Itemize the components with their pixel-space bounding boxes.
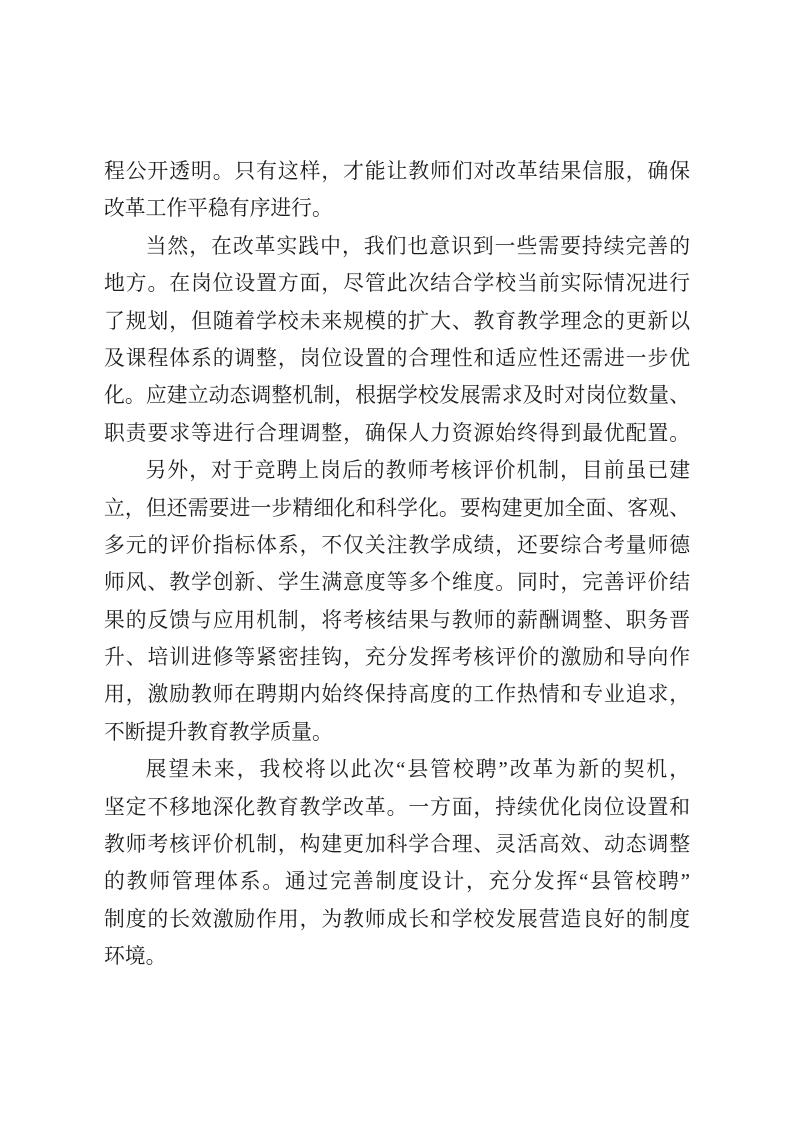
text-line: 环境。	[104, 938, 690, 975]
text-line: 地方。在岗位设置方面，尽管此次结合学校当前实际情况进行	[104, 265, 690, 302]
text-line: 果的反馈与应用机制，将考核结果与教师的薪酬调整、职务晋	[104, 602, 690, 639]
text-line: 化。应建立动态调整机制，根据学校发展需求及时对岗位数量、	[104, 377, 690, 414]
document-page: 程公开透明。只有这样，才能让教师们对改革结果信服，确保改革工作平稳有序进行。当然…	[0, 0, 793, 1122]
text-line: 不断提升教育教学质量。	[104, 714, 690, 751]
paragraph: 当然，在改革实践中，我们也意识到一些需要持续完善的地方。在岗位设置方面，尽管此次…	[104, 228, 690, 452]
text-line: 的教师管理体系。通过完善制度设计，充分发挥“县管校聘”	[104, 863, 690, 900]
text-line: 另外，对于竞聘上岗后的教师考核评价机制，目前虽已建	[104, 452, 690, 489]
text-line: 制度的长效激励作用，为教师成长和学校发展营造良好的制度	[104, 901, 690, 938]
text-line: 立，但还需要进一步精细化和科学化。要构建更加全面、客观、	[104, 490, 690, 527]
text-line: 多元的评价指标体系，不仅关注教学成绩，还要综合考量师德	[104, 527, 690, 564]
text-line: 展望未来，我校将以此次“县管校聘”改革为新的契机，	[104, 751, 690, 788]
text-line: 教师考核评价机制，构建更加科学合理、灵活高效、动态调整	[104, 826, 690, 863]
text-line: 及课程体系的调整，岗位设置的合理性和适应性还需进一步优	[104, 340, 690, 377]
paragraph: 程公开透明。只有这样，才能让教师们对改革结果信服，确保改革工作平稳有序进行。	[104, 153, 690, 228]
document-text-body: 程公开透明。只有这样，才能让教师们对改革结果信服，确保改革工作平稳有序进行。当然…	[104, 153, 690, 976]
paragraph: 另外，对于竞聘上岗后的教师考核评价机制，目前虽已建立，但还需要进一步精细化和科学…	[104, 452, 690, 751]
text-line: 坚定不移地深化教育教学改革。一方面，持续优化岗位设置和	[104, 789, 690, 826]
text-line: 职责要求等进行合理调整，确保人力资源始终得到最优配置。	[104, 415, 690, 452]
paragraph: 展望未来，我校将以此次“县管校聘”改革为新的契机，坚定不移地深化教育教学改革。一…	[104, 751, 690, 975]
text-line: 升、培训进修等紧密挂钩，充分发挥考核评价的激励和导向作	[104, 639, 690, 676]
text-line: 了规划，但随着学校未来规模的扩大、教育教学理念的更新以	[104, 303, 690, 340]
text-line: 师风、教学创新、学生满意度等多个维度。同时，完善评价结	[104, 564, 690, 601]
text-line: 改革工作平稳有序进行。	[104, 190, 690, 227]
text-line: 程公开透明。只有这样，才能让教师们对改革结果信服，确保	[104, 153, 690, 190]
text-line: 当然，在改革实践中，我们也意识到一些需要持续完善的	[104, 228, 690, 265]
text-line: 用，激励教师在聘期内始终保持高度的工作热情和专业追求，	[104, 676, 690, 713]
